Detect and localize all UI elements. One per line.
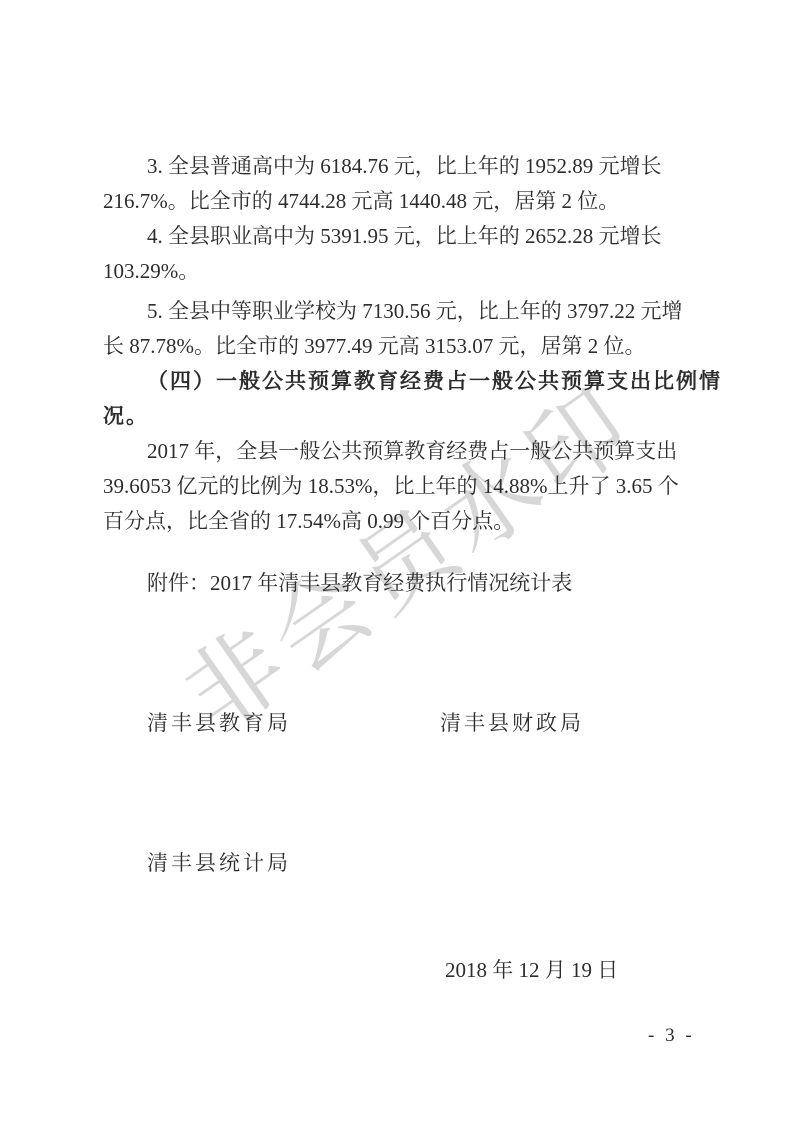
text-line: 103.29%。 (103, 254, 713, 289)
signature-statistics-bureau: 清丰县统计局 (147, 846, 291, 881)
signature-finance-bureau: 清丰县财政局 (440, 706, 584, 741)
text-line: 2017 年，全县一般公共预算教育经费占一般公共预算支出 (103, 434, 713, 469)
text-line: 4. 全县职业高中为 5391.95 元，比上年的 2652.28 元增长 (103, 219, 713, 254)
text-line: 况。 (103, 399, 713, 434)
paragraph-5: 5. 全县中等职业学校为 7130.56 元，比上年的 3797.22 元增 长… (103, 294, 713, 364)
text-line: 长 87.78%。比全市的 3977.49 元高 3153.07 元，居第 2 … (103, 329, 713, 364)
section-heading-4: （四）一般公共预算教育经费占一般公共预算支出比例情 况。 (103, 364, 713, 434)
document-body: 3. 全县普通高中为 6184.76 元，比上年的 1952.89 元增长 21… (103, 149, 713, 539)
text-line: 3. 全县普通高中为 6184.76 元，比上年的 1952.89 元增长 (103, 149, 713, 184)
text-line: 百分点，比全省的 17.54%高 0.99 个百分点。 (103, 504, 713, 539)
text-line: （四）一般公共预算教育经费占一般公共预算支出比例情 (103, 364, 713, 399)
paragraph-4: 4. 全县职业高中为 5391.95 元，比上年的 2652.28 元增长 10… (103, 219, 713, 289)
text-line: 5. 全县中等职业学校为 7130.56 元，比上年的 3797.22 元增 (103, 294, 713, 329)
document-page: 非会员水印 3. 全县普通高中为 6184.76 元，比上年的 1952.89 … (0, 0, 800, 1132)
paragraph-3: 3. 全县普通高中为 6184.76 元，比上年的 1952.89 元增长 21… (103, 149, 713, 219)
text-line: 216.7%。比全市的 4744.28 元高 1440.48 元，居第 2 位。 (103, 184, 713, 219)
signature-education-bureau: 清丰县教育局 (147, 706, 291, 741)
page-number: - 3 - (648, 1024, 695, 1048)
text-line: 39.6053 亿元的比例为 18.53%，比上年的 14.88%上升了 3.6… (103, 469, 713, 504)
paragraph-2017: 2017 年，全县一般公共预算教育经费占一般公共预算支出 39.6053 亿元的… (103, 434, 713, 539)
document-date: 2018 年 12 月 19 日 (445, 953, 618, 988)
attachment-line: 附件：2017 年清丰县教育经费执行情况统计表 (147, 566, 572, 601)
